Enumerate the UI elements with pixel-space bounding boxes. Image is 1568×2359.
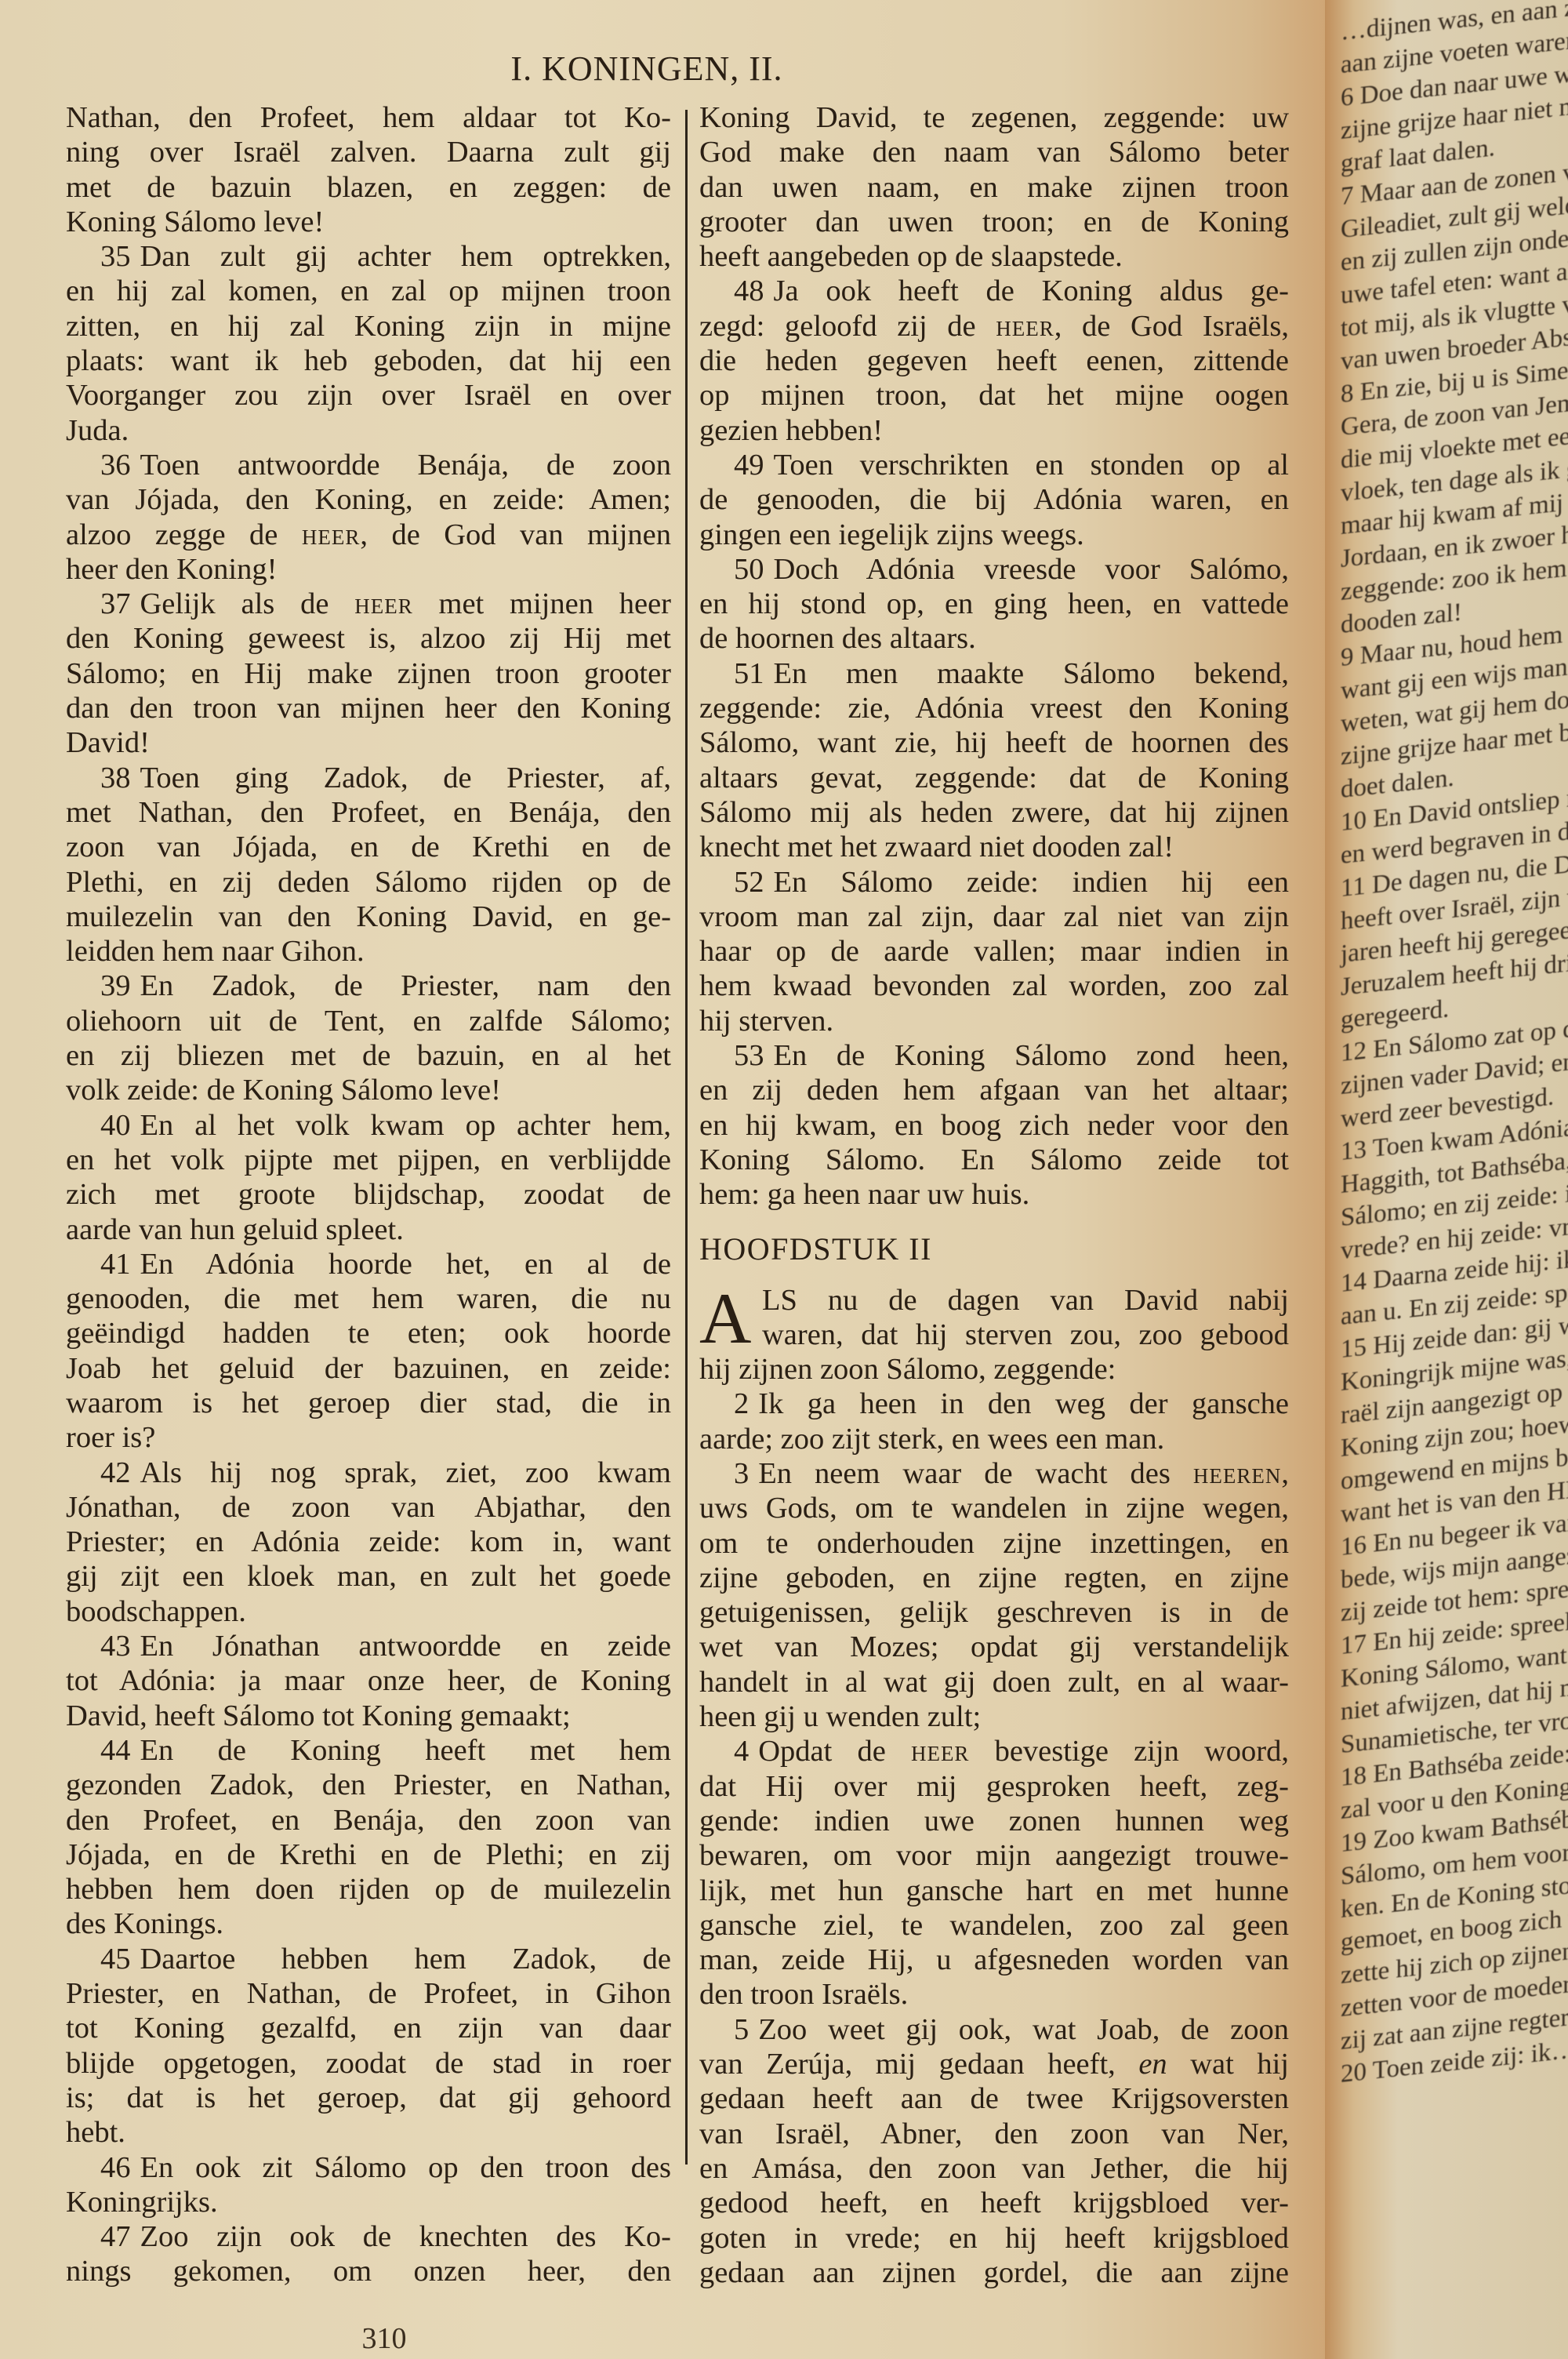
line-text: den Profeet, en Benája, den zoon van bbox=[66, 1804, 671, 1837]
text-line: hebben hem doen rijden op de muilezelin bbox=[66, 1872, 671, 1906]
text-line: wet van Mozes; opdat gij verstandelijk bbox=[699, 1630, 1289, 1664]
verse-number: 37 bbox=[100, 587, 131, 620]
text-line: boodschappen. bbox=[66, 1594, 671, 1629]
line-text: en zij deden hem afgaan van het altaar; bbox=[699, 1074, 1289, 1107]
text-line: hij sterven. bbox=[699, 1004, 1289, 1038]
line-text: En Jónathan antwoordde en zeide bbox=[140, 1630, 672, 1663]
line-text: gezonden Zadok, den Priester, en Nathan, bbox=[66, 1768, 671, 1801]
line-text: zeggende: zie, Adónia vreest den Koning bbox=[699, 692, 1289, 725]
verse-number: 40 bbox=[100, 1109, 131, 1142]
line-text: Opdat de heer bevestige zijn woord, bbox=[758, 1735, 1289, 1768]
line-text: zegd: geloofd zij de heer, de God Israël… bbox=[699, 310, 1289, 343]
line-text: En Zadok, de Priester, nam den bbox=[140, 969, 672, 1002]
text-line: volk zeide: de Koning Sálomo leve! bbox=[66, 1073, 671, 1107]
text-line: Koning David, te zegenen, zeggende: uw bbox=[699, 100, 1289, 135]
verse-start-line: 42Als hij nog sprak, ziet, zoo kwam bbox=[66, 1456, 671, 1490]
line-text: gezien hebben! bbox=[699, 414, 883, 447]
text-line: gende: indien uwe zonen hunnen weg bbox=[699, 1804, 1289, 1838]
line-text: Plethi, en zij deden Sálomo rijden op de bbox=[66, 866, 671, 899]
verse-number: 2 bbox=[734, 1387, 749, 1420]
text-line: gansche ziel, te wandelen, zoo zal geen bbox=[699, 1908, 1289, 1943]
line-text: alzoo zegge de heer, de God van mijnen bbox=[66, 518, 671, 551]
line-text: die heden gegeven heeft eenen, zittende bbox=[699, 344, 1289, 377]
verse-number: 39 bbox=[100, 969, 131, 1002]
line-text: muilezelin van den Koning David, en ge- bbox=[66, 900, 671, 933]
text-line: waarom is het geroep dier stad, die in bbox=[66, 1386, 671, 1420]
text-line: David, heeft Sálomo tot Koning gemaakt; bbox=[66, 1699, 671, 1733]
line-text: leidden hem naar Gihon. bbox=[66, 935, 365, 968]
line-text: gedaan aan zijnen gordel, die aan zijne bbox=[699, 2256, 1289, 2289]
text-line: nings gekomen, om onzen heer, den bbox=[66, 2254, 671, 2288]
line-text: gingen een iegelijk zijns weegs. bbox=[699, 518, 1084, 551]
line-text: dat Hij over mij gesproken heeft, zeg- bbox=[699, 1770, 1289, 1803]
text-line: en Amása, den zoon van Jether, die hij bbox=[699, 2151, 1289, 2186]
verse-start-line: 50Doch Adónia vreesde voor Salómo, bbox=[699, 552, 1289, 587]
line-text: Zoo zijn ook de knechten des Ko- bbox=[140, 2220, 672, 2253]
line-text: zitten, en hij zal Koning zijn in mijne bbox=[66, 310, 671, 343]
divine-name-smallcaps: heer bbox=[996, 310, 1054, 343]
line-text: Zoo weet gij ook, wat Joab, de zoon bbox=[758, 2013, 1289, 2046]
verse-start-line: 52En Sálomo zeide: indien hij een bbox=[699, 865, 1289, 900]
line-text: Gelijk als de heer met mijnen heer bbox=[140, 587, 672, 620]
line-text: Sálomo mij als heden zwere, dat hij zijn… bbox=[699, 796, 1289, 829]
line-text: boodschappen. bbox=[66, 1595, 246, 1628]
text-line: zoon van Jójada, en de Krethi en de bbox=[66, 830, 671, 864]
line-text: de hoornen des altaars. bbox=[699, 622, 976, 655]
text-line: geëindigd hadden te eten; ook hoorde bbox=[66, 1316, 671, 1350]
line-text: ning over Israël zalven. Daarna zult gij bbox=[66, 136, 671, 169]
text-line: blijde opgetogen, zoodat de stad in roer bbox=[66, 2046, 671, 2081]
text-line: gedood heeft, en heeft krijgsbloed ver- bbox=[699, 2186, 1289, 2220]
verse-start-line: 3En neem waar de wacht des heeren, bbox=[699, 1456, 1289, 1491]
text-line: heeft aangebeden op de slaapstede. bbox=[699, 239, 1289, 274]
text-line: muilezelin van den Koning David, en ge- bbox=[66, 900, 671, 934]
line-text: Ja ook heeft de Koning aldus ge- bbox=[774, 274, 1290, 307]
text-line: den troon Israëls. bbox=[699, 1977, 1289, 2012]
verse-number: 42 bbox=[100, 1456, 131, 1489]
line-text: Jójada, en de Krethi en de Plethi; en zi… bbox=[66, 1838, 671, 1871]
line-text: den troon Israëls. bbox=[699, 1978, 908, 2011]
column-divider bbox=[685, 110, 688, 2165]
line-text: haar op de aarde vallen; maar indien in bbox=[699, 935, 1289, 968]
verse-start-line: 35Dan zult gij achter hem optrekken, bbox=[66, 239, 671, 274]
line-text: Sálomo; en Hij make zijnen troon grooter bbox=[66, 657, 671, 690]
line-text: roer is? bbox=[66, 1421, 155, 1454]
line-text: En neem waar de wacht des heeren, bbox=[758, 1457, 1289, 1490]
line-text: en het volk pijpte met pijpen, en verbli… bbox=[66, 1143, 671, 1176]
line-text: altaars gevat, zeggende: dat de Koning bbox=[699, 761, 1289, 794]
verse-start-line: 36Toen antwoordde Benája, de zoon bbox=[66, 448, 671, 482]
verse-number: 43 bbox=[100, 1630, 131, 1663]
line-text: van Jójada, den Koning, en zeide: Amen; bbox=[66, 483, 671, 516]
text-line: zeggende: zie, Adónia vreest den Koning bbox=[699, 691, 1289, 725]
divine-name-smallcaps: heer bbox=[911, 1735, 970, 1768]
line-text: des Konings. bbox=[66, 1907, 223, 1940]
line-text: aarde van hun geluid spleet. bbox=[66, 1213, 404, 1246]
text-line: die heden gegeven heeft eenen, zittende bbox=[699, 343, 1289, 378]
line-text: man, zeide Hij, u afgesneden worden van bbox=[699, 1943, 1289, 1976]
line-text: hem: ga heen naar uw huis. bbox=[699, 1178, 1029, 1211]
line-text: Toen verschrikten en stonden op al bbox=[774, 449, 1290, 482]
text-line: Koning Sálomo leve! bbox=[66, 205, 671, 239]
line-text: Toen antwoordde Benája, de zoon bbox=[140, 449, 672, 482]
line-text: op mijnen troon, dat het mijne oogen bbox=[699, 379, 1289, 412]
text-line: en zij deden hem afgaan van het altaar; bbox=[699, 1073, 1289, 1107]
verse-start-line: 38Toen ging Zadok, de Priester, af, bbox=[66, 761, 671, 795]
line-text: En de Koning heeft met hem bbox=[140, 1734, 672, 1767]
verse-number: 4 bbox=[734, 1735, 749, 1768]
text-line: ning over Israël zalven. Daarna zult gij bbox=[66, 135, 671, 169]
line-text: Priester, en Nathan, de Profeet, in Giho… bbox=[66, 1977, 671, 2010]
page-number: 310 bbox=[345, 2321, 423, 2356]
line-text: Koning David, te zegenen, zeggende: uw bbox=[699, 101, 1289, 134]
text-line: haar op de aarde vallen; maar indien in bbox=[699, 934, 1289, 969]
text-line: des Konings. bbox=[66, 1906, 671, 1941]
text-line: gedaan heeft aan de twee Krijgsoversten bbox=[699, 2081, 1289, 2116]
line-text: Priester; en Adónia zeide: kom in, want bbox=[66, 1525, 671, 1558]
line-text: dan uwen naam, en make zijnen troon bbox=[699, 171, 1289, 204]
line-text: Nathan, den Profeet, hem aldaar tot Ko- bbox=[66, 101, 671, 134]
line-text: gansche ziel, te wandelen, zoo zal geen bbox=[699, 1909, 1289, 1942]
text-line: getuigenissen, gelijk geschreven is in d… bbox=[699, 1595, 1289, 1630]
text-line: gezien hebben! bbox=[699, 413, 1289, 448]
line-text: lijk, met hun gansche hart en met hunne bbox=[699, 1874, 1289, 1907]
text-line: aarde van hun geluid spleet. bbox=[66, 1212, 671, 1247]
text-line: de hoornen des altaars. bbox=[699, 621, 1289, 656]
text-line: zijne geboden, en zijne regten, en zijne bbox=[699, 1561, 1289, 1595]
line-text: aarde; zoo zijt sterk, en wees een man. bbox=[699, 1423, 1164, 1456]
text-line: zich met groote blijdschap, zoodat de bbox=[66, 1177, 671, 1212]
line-text: en hij zal komen, en zal op mijnen troon bbox=[66, 274, 671, 307]
text-line: en hij zal komen, en zal op mijnen troon bbox=[66, 274, 671, 308]
verse-number: 45 bbox=[100, 1943, 131, 1976]
text-line: hem kwaad bevonden zal worden, zoo zal bbox=[699, 969, 1289, 1003]
text-line: roer is? bbox=[66, 1420, 671, 1455]
verse-start-line: 47Zoo zijn ook de knechten des Ko- bbox=[66, 2219, 671, 2254]
text-line: hebt. bbox=[66, 2115, 671, 2150]
line-text: knecht met het zwaard niet dooden zal! bbox=[699, 831, 1174, 863]
text-line: den Profeet, en Benája, den zoon van bbox=[66, 1803, 671, 1837]
line-text: plaats: want ik heb geboden, dat hij een bbox=[66, 344, 671, 377]
left-column: Nathan, den Profeet, hem aldaar tot Ko-n… bbox=[66, 100, 671, 2289]
chapter-opening-line: LS nu de dagen van David nabij bbox=[699, 1283, 1289, 1318]
verse-start-line: 45Daartoe hebben hem Zadok, de bbox=[66, 1942, 671, 1976]
text-line: Sálomo mij als heden zwere, dat hij zijn… bbox=[699, 795, 1289, 830]
book-page-left: I. KONINGEN, II. Nathan, den Profeet, he… bbox=[0, 0, 1325, 2359]
verse-number: 47 bbox=[100, 2220, 131, 2253]
verse-number: 36 bbox=[100, 449, 131, 482]
divine-name-smallcaps: heeren bbox=[1193, 1457, 1281, 1490]
text-line: David! bbox=[66, 725, 671, 760]
text-line: uws Gods, om te wandelen in zijne wegen, bbox=[699, 1491, 1289, 1525]
text-line: vroom man zal zijn, daar zal niet van zi… bbox=[699, 900, 1289, 934]
line-text: met de bazuin blazen, en zeggen: de bbox=[66, 171, 671, 204]
line-text: waarom is het geroep dier stad, die in bbox=[66, 1387, 671, 1419]
line-text: heer den Koning! bbox=[66, 553, 277, 586]
line-text: En de Koning Sálomo zond heen, bbox=[774, 1039, 1290, 1072]
text-line: en hij kwam, en boog zich neder voor den bbox=[699, 1108, 1289, 1143]
text-line: gezonden Zadok, den Priester, en Nathan, bbox=[66, 1768, 671, 1802]
text-line: tot Adónia: ja maar onze heer, de Koning bbox=[66, 1663, 671, 1698]
text-line: leidden hem naar Gihon. bbox=[66, 934, 671, 969]
line-text: is; dat is het geroep, dat gij gehoord bbox=[66, 2081, 671, 2114]
line-text: Juda. bbox=[66, 414, 129, 447]
text-line: Plethi, en zij deden Sálomo rijden op de bbox=[66, 865, 671, 900]
line-text: gedaan heeft aan de twee Krijgsoversten bbox=[699, 2082, 1289, 2115]
line-text: heen gij u wenden zult; bbox=[699, 1700, 981, 1733]
text-line: van Zerúja, mij gedaan heeft, en wat hij bbox=[699, 2047, 1289, 2081]
line-text: En ook zit Sálomo op den troon des bbox=[140, 2151, 672, 2184]
line-text: En Sálomo zeide: indien hij een bbox=[774, 866, 1290, 899]
text-line: goten in vrede; en hij heeft krijgsbloed bbox=[699, 2221, 1289, 2255]
verse-start-line: 49Toen verschrikten en stonden op al bbox=[699, 448, 1289, 482]
line-text: hem kwaad bevonden zal worden, zoo zal bbox=[699, 969, 1289, 1002]
verse-number: 53 bbox=[734, 1039, 764, 1072]
line-text: Voorganger zou zijn over Israël en over bbox=[66, 379, 671, 412]
line-text: goten in vrede; en hij heeft krijgsbloed bbox=[699, 2222, 1289, 2255]
line-text: Jónathan, de zoon van Abjathar, den bbox=[66, 1491, 671, 1524]
verse-start-line: 40En al het volk kwam op achter hem, bbox=[66, 1108, 671, 1143]
text-line: gij zijt een kloek man, en zult het goed… bbox=[66, 1559, 671, 1594]
verse-number: 51 bbox=[734, 657, 764, 690]
right-column: Koning David, te zegenen, zeggende: uwGo… bbox=[699, 100, 1289, 2290]
text-line: oliehoorn uit de Tent, en zalfde Sálomo; bbox=[66, 1004, 671, 1038]
verse-start-line: 2Ik ga heen in den weg der gansche bbox=[699, 1387, 1289, 1421]
verse-number: 44 bbox=[100, 1734, 131, 1767]
text-line: en zij bliezen met de bazuin, en al het bbox=[66, 1038, 671, 1073]
chapter-verses: hij zijnen zoon Sálomo, zeggende:2Ik ga … bbox=[699, 1352, 1289, 2290]
line-text: David! bbox=[66, 726, 150, 759]
line-text: Als hij nog sprak, ziet, zoo kwam bbox=[140, 1456, 672, 1489]
line-text: Daartoe hebben hem Zadok, de bbox=[140, 1943, 672, 1976]
line-text: Dan zult gij achter hem optrekken, bbox=[140, 240, 672, 273]
text-line: Juda. bbox=[66, 413, 671, 448]
text-line: altaars gevat, zeggende: dat de Koning bbox=[699, 761, 1289, 795]
line-text: hij sterven. bbox=[699, 1005, 833, 1038]
text-line: van Israël, Abner, den zoon van Ner, bbox=[699, 2117, 1289, 2151]
verse-start-line: 4Opdat de heer bevestige zijn woord, bbox=[699, 1734, 1289, 1768]
verse-start-line: 43En Jónathan antwoordde en zeide bbox=[66, 1629, 671, 1663]
line-text: geëindigd hadden te eten; ook hoorde bbox=[66, 1317, 671, 1350]
text-line: den Koning geweest is, alzoo zij Hij met bbox=[66, 621, 671, 656]
line-text: God make den naam van Sálomo beter bbox=[699, 136, 1289, 169]
verse-start-line: 48Ja ook heeft de Koning aldus ge- bbox=[699, 274, 1289, 308]
verse-start-line: 39En Zadok, de Priester, nam den bbox=[66, 969, 671, 1003]
verse-number: 35 bbox=[100, 240, 131, 273]
verse-start-line: 53En de Koning Sálomo zond heen, bbox=[699, 1038, 1289, 1073]
line-text: gende: indien uwe zonen hunnen weg bbox=[699, 1805, 1289, 1837]
line-text: en zij bliezen met de bazuin, en al het bbox=[66, 1039, 671, 1072]
verse-start-line: 51En men maakte Sálomo bekend, bbox=[699, 656, 1289, 691]
line-text: uws Gods, om te wandelen in zijne wegen, bbox=[699, 1492, 1289, 1525]
text-line: Nathan, den Profeet, hem aldaar tot Ko- bbox=[66, 100, 671, 135]
text-line: grooter dan uwen troon; en de Koning bbox=[699, 205, 1289, 239]
verse-number: 48 bbox=[734, 274, 764, 307]
text-line: om te onderhouden zijne inzettingen, en bbox=[699, 1526, 1289, 1561]
text-line: op mijnen troon, dat het mijne oogen bbox=[699, 378, 1289, 413]
verse-number: 41 bbox=[100, 1248, 131, 1281]
line-text: En Adónia hoorde het, en al de bbox=[140, 1248, 672, 1281]
text-line: heen gij u wenden zult; bbox=[699, 1699, 1289, 1734]
text-line: Voorganger zou zijn over Israël en over bbox=[66, 378, 671, 413]
line-text: En al het volk kwam op achter hem, bbox=[140, 1109, 672, 1142]
text-line: aarde; zoo zijt sterk, en wees een man. bbox=[699, 1422, 1289, 1456]
text-line: genooden, die met hem waren, die nu bbox=[66, 1281, 671, 1316]
line-text: en hij kwam, en boog zich neder voor den bbox=[699, 1109, 1289, 1142]
text-line: met de bazuin blazen, en zeggen: de bbox=[66, 170, 671, 205]
text-line: plaats: want ik heb geboden, dat hij een bbox=[66, 343, 671, 378]
text-line: Sálomo; en Hij make zijnen troon grooter bbox=[66, 656, 671, 691]
text-line: bewaren, om voor mijn aangezigt trouwe- bbox=[699, 1838, 1289, 1873]
line-text: Sálomo, want zie, hij heeft de hoornen d… bbox=[699, 726, 1289, 759]
line-text: volk zeide: de Koning Sálomo leve! bbox=[66, 1074, 501, 1107]
divine-name-smallcaps: heer bbox=[302, 518, 361, 551]
text-line: dan den troon van mijnen heer den Koning bbox=[66, 691, 671, 725]
line-text: Toen ging Zadok, de Priester, af, bbox=[140, 761, 672, 794]
line-text: heeft aangebeden op de slaapstede. bbox=[699, 240, 1123, 273]
line-text: en hij stond op, en ging heen, en vatted… bbox=[699, 587, 1289, 620]
text-line: heer den Koning! bbox=[66, 552, 671, 587]
text-line: de genooden, die bij Adónia waren, en bbox=[699, 482, 1289, 517]
book-page-right-curled: …dijnen was, en aan zijne schoenen, diea… bbox=[1325, 0, 1568, 2359]
verse-start-line: 44En de Koning heeft met hem bbox=[66, 1733, 671, 1768]
text-line: Priester; en Adónia zeide: kom in, want bbox=[66, 1525, 671, 1559]
text-line: hem: ga heen naar uw huis. bbox=[699, 1177, 1289, 1212]
line-text: bewaren, om voor mijn aangezigt trouwe- bbox=[699, 1839, 1289, 1872]
line-text: Koning Sálomo. En Sálomo zeide tot bbox=[699, 1143, 1289, 1176]
verse-start-line: 37Gelijk als de heer met mijnen heer bbox=[66, 587, 671, 621]
text-line: Joab het geluid der bazuinen, en zeide: bbox=[66, 1351, 671, 1386]
text-line: God make den naam van Sálomo beter bbox=[699, 135, 1289, 169]
line-text: van Israël, Abner, den zoon van Ner, bbox=[699, 2117, 1289, 2150]
line-text: Koning Sálomo leve! bbox=[66, 205, 324, 238]
line-text: blijde opgetogen, zoodat de stad in roer bbox=[66, 2047, 671, 2080]
text-line: gingen een iegelijk zijns weegs. bbox=[699, 518, 1289, 552]
text-line: is; dat is het geroep, dat gij gehoord bbox=[66, 2081, 671, 2115]
text-line: lijk, met hun gansche hart en met hunne bbox=[699, 1874, 1289, 1908]
text-line: alzoo zegge de heer, de God van mijnen bbox=[66, 518, 671, 552]
line-text: oliehoorn uit de Tent, en zalfde Sálomo; bbox=[66, 1005, 671, 1038]
line-text: Ik ga heen in den weg der gansche bbox=[758, 1387, 1289, 1420]
line-text: zijne geboden, en zijne regten, en zijne bbox=[699, 1561, 1289, 1594]
verse-number: 50 bbox=[734, 553, 764, 586]
text-line: met Nathan, den Profeet, en Benája, den bbox=[66, 795, 671, 830]
line-text: gedood heeft, en heeft krijgsbloed ver- bbox=[699, 2186, 1289, 2219]
line-text: en Amása, den zoon van Jether, die hij bbox=[699, 2152, 1289, 2185]
running-head: I. KONINGEN, II. bbox=[0, 49, 1294, 89]
line-text: met Nathan, den Profeet, en Benája, den bbox=[66, 796, 671, 829]
line-text: hebben hem doen rijden op de muilezelin bbox=[66, 1873, 671, 1906]
next-page-text: …dijnen was, en aan zijne schoenen, diea… bbox=[1341, 0, 1568, 2091]
line-text: nings gekomen, om onzen heer, den bbox=[66, 2255, 671, 2288]
line-text: En men maakte Sálomo bekend, bbox=[774, 657, 1290, 690]
line-text: hij zijnen zoon Sálomo, zeggende: bbox=[699, 1353, 1116, 1386]
verse-start-line: 5Zoo weet gij ook, wat Joab, de zoon bbox=[699, 2012, 1289, 2047]
text-line: handelt in al wat gij doen zult, en al w… bbox=[699, 1665, 1289, 1699]
line-text: tot Koning gezalfd, en zijn van daar bbox=[66, 2012, 671, 2045]
text-line: Koningrijks. bbox=[66, 2185, 671, 2219]
text-line: Jónathan, de zoon van Abjathar, den bbox=[66, 1490, 671, 1525]
text-line: dan uwen naam, en make zijnen troon bbox=[699, 170, 1289, 205]
line-text: van Zerúja, mij gedaan heeft, en wat hij bbox=[699, 2048, 1289, 2081]
text-line: Priester, en Nathan, de Profeet, in Giho… bbox=[66, 1976, 671, 2011]
line-text: dan den troon van mijnen heer den Koning bbox=[66, 692, 671, 725]
verse-start-line: 41En Adónia hoorde het, en al de bbox=[66, 1247, 671, 1281]
text-line: hij zijnen zoon Sálomo, zeggende: bbox=[699, 1352, 1289, 1387]
text-line: en het volk pijpte met pijpen, en verbli… bbox=[66, 1143, 671, 1177]
line-text: gij zijt een kloek man, en zult het goed… bbox=[66, 1560, 671, 1593]
line-text: Koningrijks. bbox=[66, 2186, 218, 2219]
text-line: gedaan aan zijnen gordel, die aan zijne bbox=[699, 2255, 1289, 2290]
line-text: David, heeft Sálomo tot Koning gemaakt; bbox=[66, 1699, 571, 1732]
line-text: Joab het geluid der bazuinen, en zeide: bbox=[66, 1352, 671, 1385]
verse-start-line: 46En ook zit Sálomo op den troon des bbox=[66, 2150, 671, 2185]
line-text: zich met groote blijdschap, zoodat de bbox=[66, 1178, 671, 1211]
chapter-heading: HOOFDSTUK II bbox=[699, 1230, 1289, 1269]
chapter-opening-line: waren, dat hij sterven zou, zoo gebood bbox=[699, 1318, 1289, 1352]
text-line: Sálomo, want zie, hij heeft de hoornen d… bbox=[699, 725, 1289, 760]
line-text: de genooden, die bij Adónia waren, en bbox=[699, 483, 1289, 516]
chapter-opening: A LS nu de dagen van David nabij waren, … bbox=[699, 1283, 1289, 1353]
line-text: handelt in al wat gij doen zult, en al w… bbox=[699, 1666, 1289, 1699]
text-line: dat Hij over mij gesproken heeft, zeg- bbox=[699, 1769, 1289, 1804]
text-line: van Jójada, den Koning, en zeide: Amen; bbox=[66, 482, 671, 517]
verse-number: 5 bbox=[734, 2013, 749, 2046]
line-text: wet van Mozes; opdat gij verstandelijk bbox=[699, 1630, 1289, 1663]
line-text: genooden, die met hem waren, die nu bbox=[66, 1282, 671, 1315]
text-line: tot Koning gezalfd, en zijn van daar bbox=[66, 2011, 671, 2045]
text-line: man, zeide Hij, u afgesneden worden van bbox=[699, 1943, 1289, 1977]
line-text: vroom man zal zijn, daar zal niet van zi… bbox=[699, 900, 1289, 933]
text-line: knecht met het zwaard niet dooden zal! bbox=[699, 830, 1289, 864]
text-line: zegd: geloofd zij de heer, de God Israël… bbox=[699, 309, 1289, 343]
verse-number: 3 bbox=[734, 1457, 749, 1490]
drop-cap: A bbox=[699, 1285, 751, 1352]
line-text: hebt. bbox=[66, 2116, 125, 2149]
line-text: tot Adónia: ja maar onze heer, de Koning bbox=[66, 1664, 671, 1697]
text-line: zitten, en hij zal Koning zijn in mijne bbox=[66, 309, 671, 343]
text-line: en hij stond op, en ging heen, en vatted… bbox=[699, 587, 1289, 621]
line-text: om te onderhouden zijne inzettingen, en bbox=[699, 1527, 1289, 1560]
verse-number: 46 bbox=[100, 2151, 131, 2184]
line-text: Doch Adónia vreesde voor Salómo, bbox=[774, 553, 1290, 586]
verse-number: 38 bbox=[100, 761, 131, 794]
line-text: den Koning geweest is, alzoo zij Hij met bbox=[66, 622, 671, 655]
italic-word: en bbox=[1138, 2048, 1167, 2081]
line-text: grooter dan uwen troon; en de Koning bbox=[699, 205, 1289, 238]
line-text: zoon van Jójada, en de Krethi en de bbox=[66, 831, 671, 863]
text-line: Koning Sálomo. En Sálomo zeide tot bbox=[699, 1143, 1289, 1177]
text-line: Jójada, en de Krethi en de Plethi; en zi… bbox=[66, 1837, 671, 1872]
divine-name-smallcaps: heer bbox=[354, 587, 413, 620]
right-column-verses: Koning David, te zegenen, zeggende: uwGo… bbox=[699, 100, 1289, 1212]
verse-number: 49 bbox=[734, 449, 764, 482]
verse-number: 52 bbox=[734, 866, 764, 899]
line-text: getuigenissen, gelijk geschreven is in d… bbox=[699, 1596, 1289, 1629]
